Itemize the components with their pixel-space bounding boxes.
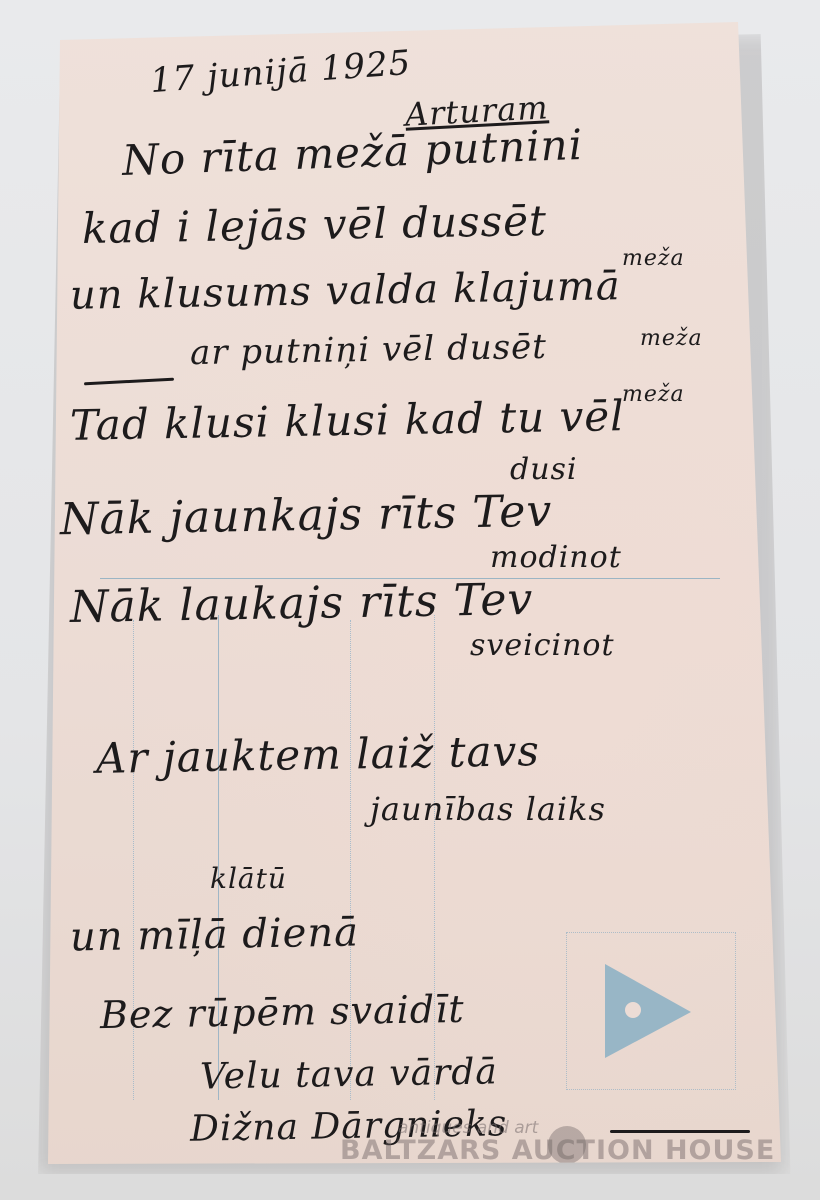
handwritten-line: un klusums valda klajumā — [70, 263, 621, 319]
handwritten-line: klātū — [210, 862, 287, 895]
handwritten-interlinear: dusi — [510, 452, 578, 487]
handwritten-line: Nāk jaunkajs rīts Tev — [60, 486, 553, 546]
handwritten-line: No rīta mežā putnini — [121, 120, 584, 185]
handwritten-line: Bez rūpēm svaidīt — [100, 987, 465, 1037]
handwritten-line: Ar jauktem laiž tavs — [96, 726, 541, 783]
handwritten-interlinear: jaunības laiks — [370, 790, 606, 828]
watermark-name: BALTZARS AUCTION HOUSE — [340, 1135, 775, 1166]
handwritten-interlinear: modinot — [490, 540, 622, 575]
strikethrough-mark — [610, 1130, 750, 1133]
handwritten-interlinear: meža — [622, 246, 685, 271]
postcard: 17 junijā 1925 Arturam No rīta mežā putn… — [0, 0, 820, 1200]
triangle-play-mark-icon — [603, 962, 693, 1060]
handwritten-interlinear: meža — [640, 326, 703, 351]
handwritten-date: 17 junijā 1925 — [149, 43, 413, 101]
handwritten-line: kad i lejās vēl dussēt — [82, 196, 548, 253]
handwritten-line: ar putniņi vēl dusēt — [190, 327, 548, 373]
handwritten-interlinear: meža — [622, 382, 685, 407]
handwritten-line: Nāk laukajs rīts Tev — [70, 574, 534, 633]
handwritten-line: un mīļā dienā — [70, 909, 360, 960]
handwritten-line: Velu tava vārdā — [200, 1051, 499, 1097]
handwritten-line: Tad klusi klusi kad tu vēl — [70, 391, 625, 450]
strikethrough-mark — [84, 378, 174, 386]
handwritten-interlinear: sveicinot — [470, 628, 615, 663]
